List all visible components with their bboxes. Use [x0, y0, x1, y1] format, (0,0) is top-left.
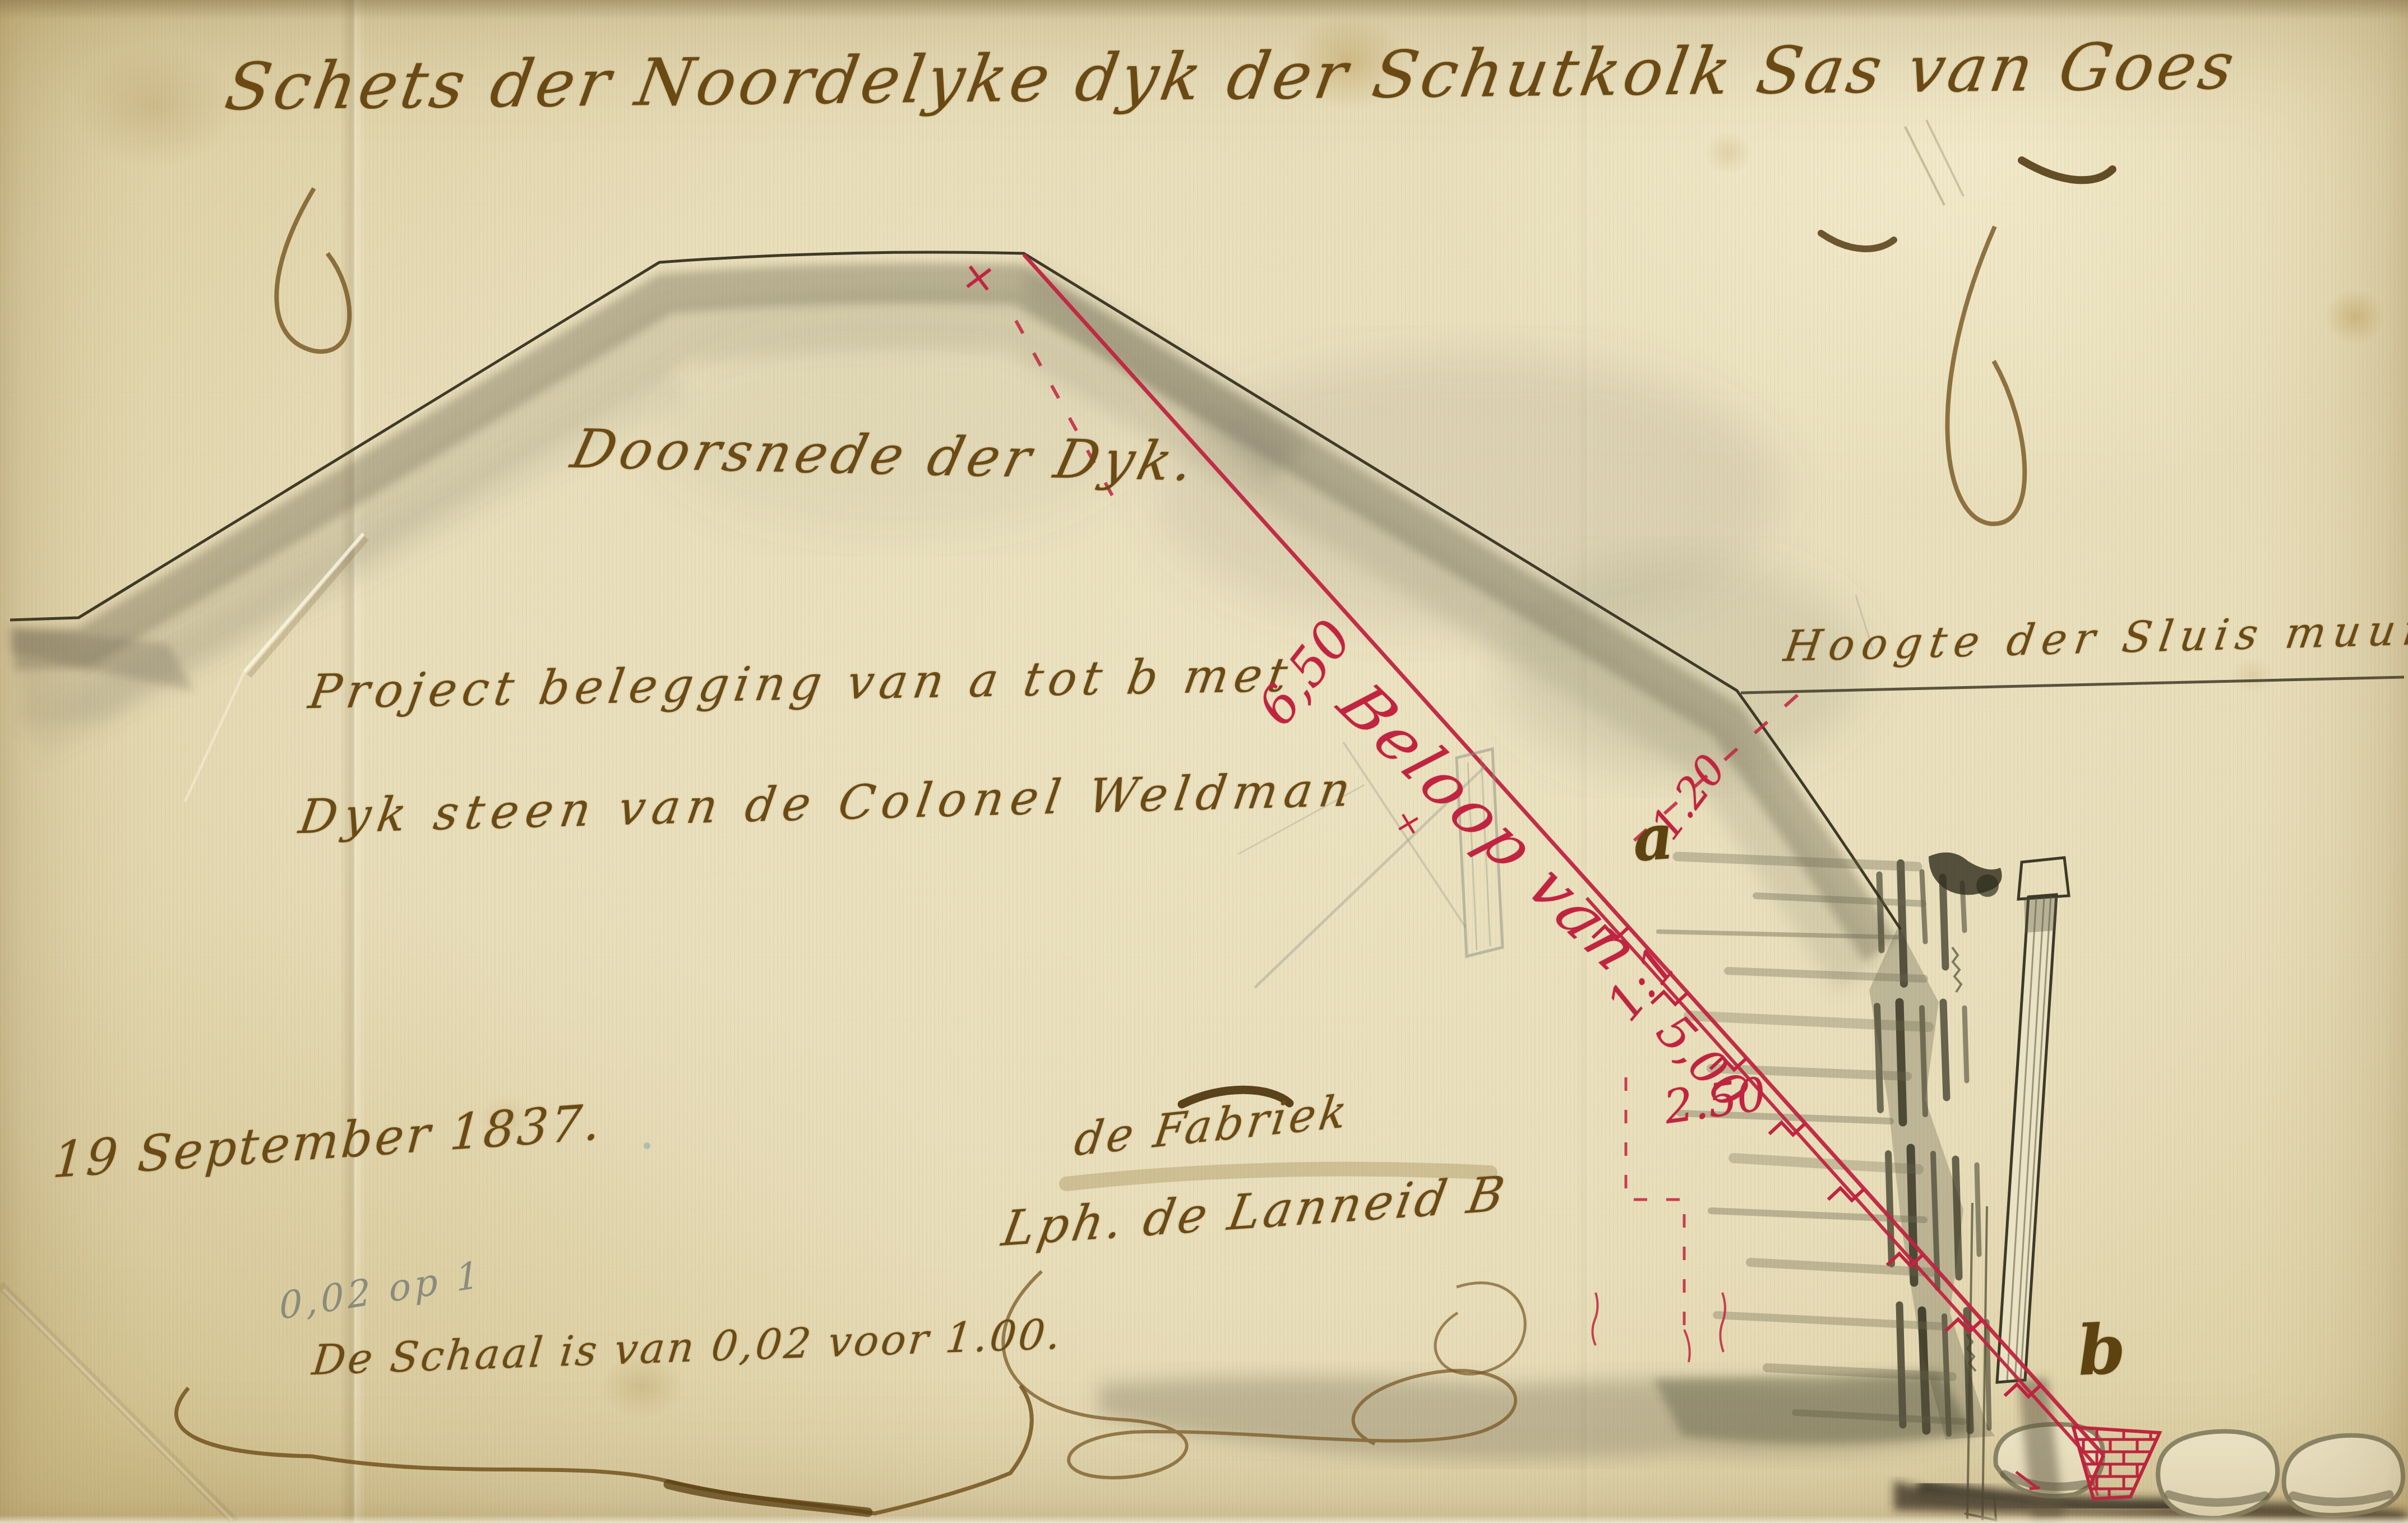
- edge-vignette: [0, 0, 2408, 1523]
- top-edge-shadow: [0, 0, 2408, 19]
- bottom-scan-edge: [0, 1515, 2408, 1523]
